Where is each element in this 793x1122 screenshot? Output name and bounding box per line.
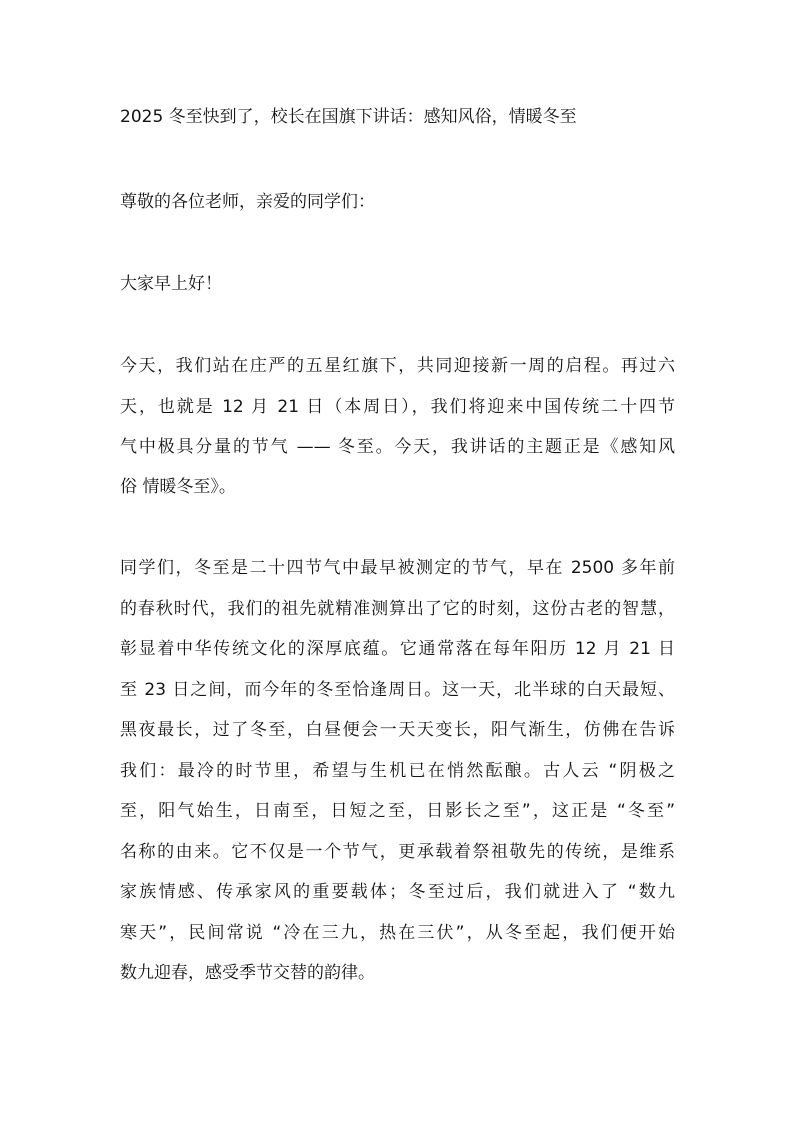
paragraph-line: 今天，我们站在庄严的五星红旗下，共同迎接新一周的启程。再过六	[120, 355, 675, 377]
paragraph-line: 天，也就是 12 月 21 日（本周日），我们将迎来中国传统二十四节	[120, 396, 675, 418]
document-title: 2025 冬至快到了，校长在国旗下讲话：感知风俗，情暖冬至	[120, 106, 675, 128]
paragraph-line: 至，阳气始生，日南至，日短之至，日影长之至”，这正是 “冬至”	[120, 800, 675, 822]
paragraph-line: 俗 情暖冬至》。	[120, 476, 675, 498]
paragraph-line: 至 23 日之间，而今年的冬至恰逢周日。这一天，北半球的白天最短、	[120, 679, 675, 701]
paragraph-line: 我们：最冷的时节里，希望与生机已在悄然酝酿。古人云 “阴极之	[120, 760, 675, 782]
paragraph-line: 名称的由来。它不仅是一个节气，更承载着祭祖敬先的传统，是维系	[120, 841, 675, 863]
paragraph-line: 黑夜最长，过了冬至，白昼便会一天天变长，阳气渐生，仿佛在告诉	[120, 719, 675, 741]
paragraph-line: 的春秋时代，我们的祖先就精准测算出了它的时刻，这份古老的智慧，	[120, 598, 675, 620]
paragraph-line: 寒天”，民间常说 “冷在三九，热在三伏”，从冬至起，我们便开始	[120, 922, 675, 944]
paragraph-line: 同学们，冬至是二十四节气中最早被测定的节气，早在 2500 多年前	[120, 557, 675, 579]
salutation: 尊敬的各位老师，亲爱的同学们：	[120, 191, 675, 213]
paragraph-line: 彰显着中华传统文化的深厚底蕴。它通常落在每年阳历 12 月 21 日	[120, 638, 675, 660]
paragraph-line: 数九迎春，感受季节交替的韵律。	[120, 962, 675, 984]
document-page: 2025 冬至快到了，校长在国旗下讲话：感知风俗，情暖冬至 尊敬的各位老师，亲爱…	[0, 0, 793, 1122]
greeting-line: 大家早上好！	[120, 273, 675, 295]
paragraph-line: 气中极具分量的节气 —— 冬至。今天，我讲话的主题正是《感知风	[120, 436, 675, 458]
paragraph-line: 家族情感、传承家风的重要载体；冬至过后，我们就进入了 “数九	[120, 881, 675, 903]
